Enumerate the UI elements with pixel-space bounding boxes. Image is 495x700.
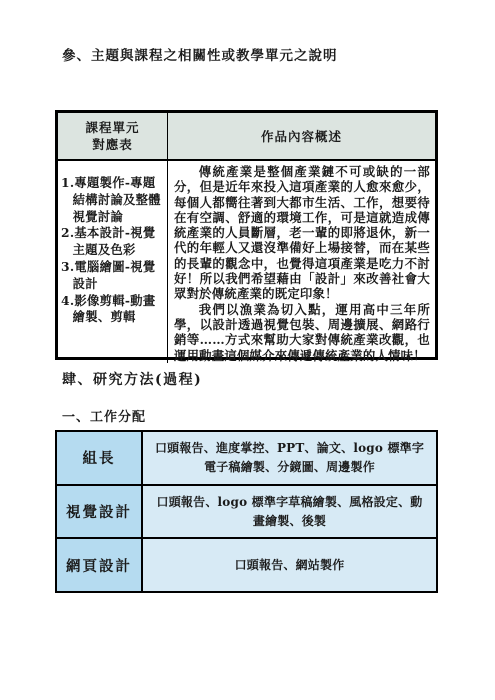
table-row: 網頁設計 口頭報告、網站製作 — [57, 539, 436, 591]
course-unit-item: 4.影像剪輯-動畫繪製、剪輯 — [61, 293, 164, 327]
course-unit-item: 2.基本設計-視覺主題及色彩 — [61, 225, 164, 259]
tasks-cell-web-design: 口頭報告、網站製作 — [143, 539, 436, 591]
section-4-title: 肆、研究方法(過程) — [62, 369, 202, 389]
description-paragraph: 我們以漁業為切入點，運用高中三年所學，以設計透過視覺包裝、周邊擴展、網路行銷等…… — [174, 302, 430, 363]
course-unit-item: 1.專題製作-專題結構討論及整體視覺討論 — [61, 175, 164, 225]
course-units-list: 1.專題製作-專題結構討論及整體視覺討論 2.基本設計-視覺主題及色彩 3.電腦… — [61, 175, 164, 326]
work-description-cell: 傳統產業是整個產業鏈不可或缺的一部分，但是近年來投入這項產業的人愈來愈少，每個人… — [168, 161, 435, 363]
role-cell-visual-design: 視覺設計 — [57, 486, 143, 538]
tasks-cell-visual-design: 口頭報告、logo 標準字草稿繪製、風格設定、動畫繪製、後製 — [143, 486, 436, 538]
page-title: 參、主題與課程之相關性或教學單元之說明 — [62, 44, 338, 64]
table-row: 組長 口頭報告、進度掌控、PPT、論文、logo 標準字電子稿繪製、分鏡圖、周邊… — [57, 432, 436, 486]
course-table-header-description: 作品內容概述 — [168, 113, 435, 159]
course-table-header-units: 課程單元 對應表 — [58, 113, 168, 159]
work-distribution-subtitle: 一、工作分配 — [62, 406, 146, 425]
role-cell-leader: 組長 — [57, 432, 143, 484]
document-page: 參、主題與課程之相關性或教學單元之說明 課程單元 對應表 作品內容概述 1.專題… — [0, 0, 495, 700]
header-units-line2: 對應表 — [92, 136, 133, 153]
role-cell-web-design: 網頁設計 — [57, 539, 143, 591]
course-unit-item: 3.電腦繪圖-視覺設計 — [61, 259, 164, 293]
work-distribution-table: 組長 口頭報告、進度掌控、PPT、論文、logo 標準字電子稿繪製、分鏡圖、周邊… — [55, 430, 438, 593]
description-paragraph: 傳統產業是整個產業鏈不可或缺的一部分，但是近年來投入這項產業的人愈來愈少，每個人… — [174, 164, 430, 302]
course-units-cell: 1.專題製作-專題結構討論及整體視覺討論 2.基本設計-視覺主題及色彩 3.電腦… — [58, 161, 168, 363]
course-table-header-row: 課程單元 對應表 作品內容概述 — [58, 113, 435, 161]
header-description-label: 作品內容概述 — [261, 128, 342, 145]
course-correspondence-table: 課程單元 對應表 作品內容概述 1.專題製作-專題結構討論及整體視覺討論 2.基… — [55, 110, 438, 360]
header-units-line1: 課程單元 — [85, 119, 139, 136]
table-row: 視覺設計 口頭報告、logo 標準字草稿繪製、風格設定、動畫繪製、後製 — [57, 486, 436, 540]
course-table-body-row: 1.專題製作-專題結構討論及整體視覺討論 2.基本設計-視覺主題及色彩 3.電腦… — [58, 161, 435, 363]
tasks-cell-leader: 口頭報告、進度掌控、PPT、論文、logo 標準字電子稿繪製、分鏡圖、周邊製作 — [143, 432, 436, 484]
